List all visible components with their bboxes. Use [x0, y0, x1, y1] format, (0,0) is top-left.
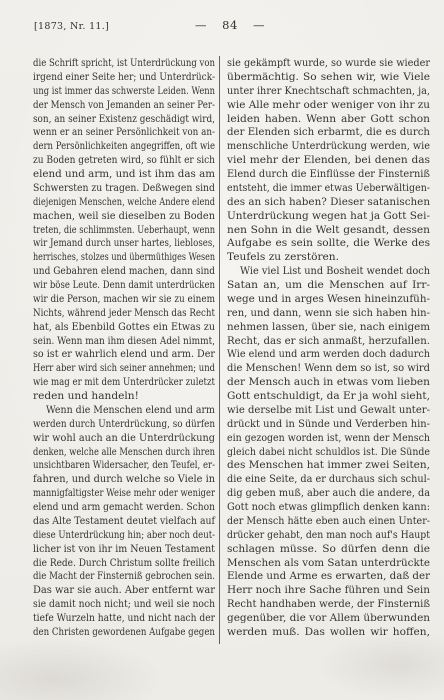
text-line: wie Alle mehr oder weniger von ihr zu [227, 99, 430, 113]
text-line: Unterdrückung wegen hat ja Gott Sei- [227, 210, 430, 224]
text-line: werden durch Unterdrückung, so dürfen [33, 418, 215, 432]
text-line: Herr noch ihre Sache führen und Sein [227, 584, 430, 598]
text-line: Wenn die Menschen elend und arm [33, 404, 215, 418]
text-line: Menschen als vom Satan unterdrückte [227, 557, 430, 571]
text-line: son, an seiner Existenz geschädigt wird, [33, 113, 215, 127]
text-line: reden und handeln! [33, 390, 215, 404]
text-line: denken, welche alle Menschen durch ihren [33, 446, 215, 460]
text-line: Gott entschuldigt, da Er ja wohl sieht, [227, 390, 430, 404]
text-line: Elend durch die Einflüsse der Finsterniß [227, 168, 430, 182]
text-line: treten, die schlimmsten. Ueberhaupt, wen… [33, 224, 215, 238]
text-line: fahren, und durch welche so Viele in [33, 473, 215, 487]
text-line: tiefe Wurzeln hatte, und nicht nach der [33, 612, 215, 626]
text-line: die Rede. Durch Christum sollte freilich [33, 557, 215, 571]
text-line: ren, und dann, wenn sie sich haben hin- [227, 307, 430, 321]
text-line: die eine Seite, da er durchaus sich schu… [227, 473, 430, 487]
text-line: so ist er wahrlich elend und arm. Der [33, 348, 215, 362]
text-line: wir Jemand durch unser hartes, liebloses… [33, 237, 215, 251]
text-line: diejenigen Menschen, welche Andere elend [33, 196, 215, 210]
column-right: sie gekämpft wurde, so wurde sie wiederü… [227, 57, 430, 640]
text-line: Herr aber wird sich seiner annehmen; und [33, 362, 215, 376]
text-line: Recht handhaben werde, der Finsterniß [227, 598, 430, 612]
text-line: wenn er an seiner Persönlichkeit von an- [33, 126, 215, 140]
text-line: mannigfaltigster Weise mehr oder weniger [33, 487, 215, 501]
scanned-page: [1873, Nr. 11.] — 84 — die Schrift spric… [0, 0, 444, 700]
column-left: die Schrift spricht, ist Unterdrückung v… [33, 57, 215, 640]
text-line: elend und arm gemacht werden. Schon [33, 501, 215, 515]
text-line: nen Sohn in die Welt gesandt, dessen [227, 224, 430, 238]
text-line: die Menschen! Wenn dem so ist, so wird [227, 362, 430, 376]
text-line: Aufgabe es sein sollte, die Werke des [227, 237, 430, 251]
text-line: Nichts, während jeder Mensch das Recht [33, 307, 215, 321]
text-line: leiden haben. Wenn aber Gott schon [227, 113, 430, 127]
text-line: der Elenden sich erbarmt, die es durch [227, 126, 430, 140]
text-line: sein. Wenn man ihm diesen Adel nimmt, [33, 335, 215, 349]
text-line: wir die Person, machen wir sie zu einem [33, 293, 215, 307]
text-line: Satan an, um die Menschen auf Irr- [227, 279, 430, 293]
text-line: viel mehr der Elenden, bei denen das [227, 154, 430, 168]
text-line: licher ist von ihr im Neuen Testament [33, 543, 215, 557]
text-line: werden muß. Das wollen wir hoffen, [227, 626, 430, 640]
text-line: übermächtig. So sehen wir, wie Viele [227, 71, 430, 85]
text-line: die Schrift spricht, ist Unterdrückung v… [33, 57, 215, 71]
text-line: drücker gehabt, den man noch auf's Haupt [227, 529, 430, 543]
text-line: hat, als Ebenbild Gottes ein Etwas zu [33, 321, 215, 335]
text-line: des an sich haben? Dieser satanischen [227, 196, 430, 210]
text-line: entsteht, die immer etwas Ueberwältigen- [227, 182, 430, 196]
text-line: dig geben muß, aber auch die andere, da [227, 487, 430, 501]
text-line: sie gekämpft wurde, so wurde sie wieder [227, 57, 430, 71]
text-line: unsichtbaren Widersacher, den Teufel, er… [33, 459, 215, 473]
text-line: irgend einer Seite her; und Unterdrück- [33, 71, 215, 85]
text-line: den Christen gewordenen Aufgabe gegen [33, 626, 215, 640]
text-line: Recht, das er sich anmaßt, herzufallen. [227, 335, 430, 349]
text-line: Das war sie auch. Aber entfernt war [33, 584, 215, 598]
text-line: wie derselbe mit List und Gewalt unter- [227, 404, 430, 418]
text-line: ein gezogen worden ist, wenn der Mensch [227, 432, 430, 446]
column-divider [219, 56, 220, 644]
text-line: wir wohl auch an die Unterdrückung [33, 432, 215, 446]
text-line: des Menschen hat immer zwei Seiten, [227, 459, 430, 473]
text-line: herrisches, stolzes und übermüthiges Wes… [33, 251, 215, 265]
text-line: der Mensch auch in etwas vom lieben [227, 376, 430, 390]
text-line: wir böse Leute. Denn damit unterdrücken [33, 279, 215, 293]
text-line: nehmen lassen, über sie, nach einigem [227, 321, 430, 335]
text-line: schlagen müsse. So dürfen denn die [227, 543, 430, 557]
text-line: sie damit noch nicht; und weil sie noch [33, 598, 215, 612]
text-line: wege und in arges Wesen hineinzufüh- [227, 293, 430, 307]
text-line: unter ihrer Knechtschaft schmachten, ja, [227, 85, 430, 99]
text-line: das Alte Testament deutet vielfach auf [33, 515, 215, 529]
text-line: der Mensch hätte eben auch einen Unter- [227, 515, 430, 529]
text-line: elend und arm, und ist ihm das am [33, 168, 215, 182]
text-line: Wie elend und arm werden doch dadurch [227, 348, 430, 362]
text-line: die Macht der Finsterniß gebrochen sein. [33, 570, 215, 584]
text-line: wie mag er mit dem Unterdrücker zuletzt [33, 376, 215, 390]
text-line: Elende und Arme es erwarten, daß der [227, 570, 430, 584]
text-line: Teufels zu zerstören. [227, 251, 430, 265]
text-line: diese Unterdrückung hin; aber noch deut- [33, 529, 215, 543]
text-line: menschliche Unterdrückung werden, wie [227, 140, 430, 154]
text-line: Wie viel List und Bosheit wendet doch [227, 265, 430, 279]
text-line: der Mensch von Jemanden an seiner Per- [33, 99, 215, 113]
text-line: drückt und in Sünde und Verderben hin- [227, 418, 430, 432]
page-number: — 84 — [150, 18, 310, 32]
text-line: machen, weil sie dieselben zu Boden [33, 210, 215, 224]
text-line: gegenüber, die vor Allem überwunden [227, 612, 430, 626]
text-line: ung ist immer das schwerste Leiden. Wenn [33, 85, 215, 99]
text-line: dern Persönlichkeiten angegriffen, oft w… [33, 140, 215, 154]
text-line: Gott noch etwas glimpflich denken kann: [227, 501, 430, 515]
issue-label: [1873, Nr. 11.] [34, 21, 109, 32]
text-line: und Gebahren elend machen, dann sind [33, 265, 215, 279]
text-line: Schwersten zu tragen. Deßwegen sind [33, 182, 215, 196]
text-line: gleich dabei nicht schuldlos ist. Die Sü… [227, 446, 430, 460]
text-line: zu Boden getreten wird, so fühlt er sich [33, 154, 215, 168]
